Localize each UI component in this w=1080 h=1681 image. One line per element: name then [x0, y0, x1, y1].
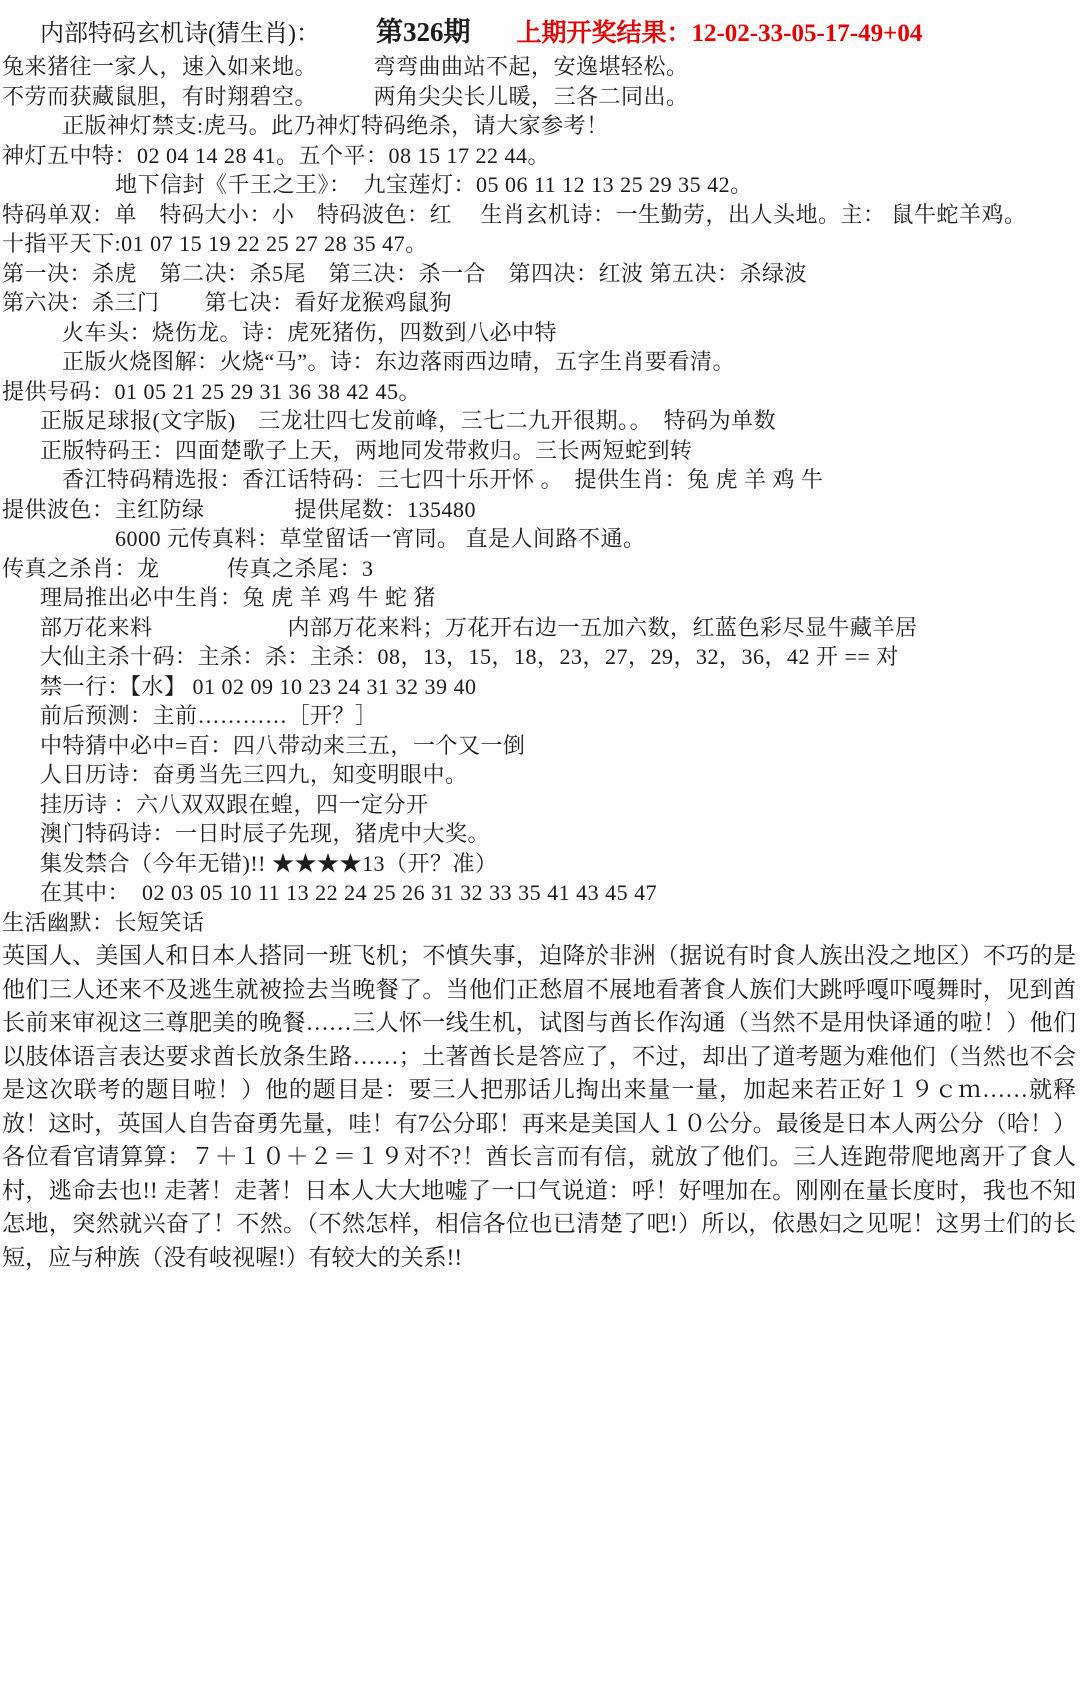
text-line: 传真之杀肖：龙 传真之杀尾：3 [0, 554, 1080, 584]
text-line: 集发禁合（今年无错)!! ★★★★13（开？准） [0, 849, 1080, 879]
text-line: 十指平天下:01 07 15 19 22 25 27 28 35 47。 [0, 229, 1080, 259]
text-line: 前后预测：主前…………［开？］ [0, 701, 1080, 731]
text-line: 地下信封《千王之王》： 九宝莲灯：05 06 11 12 13 25 29 35… [0, 170, 1080, 200]
page-title: 内部特码玄机诗(猜生肖)： [40, 14, 320, 54]
content-lines: 兔来猪往一家人，速入如来地。 弯弯曲曲站不起，安逸堪轻松。不劳而获藏鼠胆，有时翔… [0, 52, 1080, 937]
text-line: 禁一行：【水】 01 02 09 10 23 24 31 32 39 40 [0, 672, 1080, 702]
text-line: 正版足球报(文字版) 三龙壮四七发前峰，三七二九开很期。。 特码为单数 [0, 406, 1080, 436]
text-line: 人日历诗：奋勇当先三四九，知变明眼中。 [0, 760, 1080, 790]
text-line: 神灯五中特：02 04 14 28 41。五个平：08 15 17 22 44。 [0, 141, 1080, 171]
text-line: 理局推出必中生肖：兔 虎 羊 鸡 牛 蛇 猪 [0, 583, 1080, 613]
text-line: 大仙主杀十码：主杀：杀：主杀：08，13，15，18，23，27，29，32，3… [0, 642, 1080, 672]
text-line: 特码单双：单 特码大小：小 特码波色：红 生肖玄机诗：一生勤劳，出人头地。主： … [0, 200, 1080, 230]
text-line: 第六决：杀三门 第七决：看好龙猴鸡鼠狗 [0, 288, 1080, 318]
humor-paragraph: 英国人、美国人和日本人搭同一班飞机；不慎失事，迫降於非洲（据说有时食人族出没之地… [0, 939, 1080, 1274]
text-line: 火车头：烧伤龙。诗：虎死猪伤，四数到八必中特 [0, 318, 1080, 348]
text-line: 在其中： 02 03 05 10 11 13 22 24 25 26 31 32… [0, 878, 1080, 908]
text-line: 挂历诗 ：六八双双跟在蝗，四一定分开 [0, 790, 1080, 820]
text-line: 香江特码精选报：香江话特码：三七四十乐开怀 。 提供生肖：兔 虎 羊 鸡 牛 [0, 465, 1080, 495]
text-line: 澳门特码诗：一日时辰子先现，猪虎中大奖。 [0, 819, 1080, 849]
text-line: 第一决：杀虎 第二决：杀5尾 第三决：杀一合 第四决：红波 第五决：杀绿波 [0, 259, 1080, 289]
lottery-tip-sheet: 内部特码玄机诗(猜生肖)： 第326期 上期开奖结果：12-02-33-05-1… [0, 0, 1080, 1681]
text-line: 中特猜中必中=百：四八带动来三五，一个又一倒 [0, 731, 1080, 761]
text-line: 生活幽默：长短笑话 [0, 908, 1080, 938]
text-line: 正版火烧图解：火烧“马”。诗：东边落雨西边晴，五字生肖要看清。 [0, 347, 1080, 377]
text-line: 提供号码：01 05 21 25 29 31 36 38 42 45。 [0, 377, 1080, 407]
header: 内部特码玄机诗(猜生肖)： 第326期 上期开奖结果：12-02-33-05-1… [0, 12, 1080, 52]
text-line: 兔来猪往一家人，速入如来地。 弯弯曲曲站不起，安逸堪轻松。 [0, 52, 1080, 82]
last-draw-result: 上期开奖结果：12-02-33-05-17-49+04 [516, 14, 922, 54]
text-line: 部万花来料 内部万花来料；万花开右边一五加六数，红蓝色彩尽显牛藏羊居 [0, 613, 1080, 643]
issue-number: 第326期 [376, 12, 471, 52]
text-line: 提供波色：主红防绿 提供尾数：135480 [0, 495, 1080, 525]
text-line: 不劳而获藏鼠胆，有时翔碧空。 两角尖尖长儿暖，三各二同出。 [0, 82, 1080, 112]
text-line: 正版神灯禁支:虎马。此乃神灯特码绝杀，请大家参考！ [0, 111, 1080, 141]
text-line: 6000 元传真料：草堂留话一宵同。 直是人间路不通。 [0, 524, 1080, 554]
text-line: 正版特码王：四面楚歌子上天，两地同发带救归。三长两短蛇到转 [0, 436, 1080, 466]
